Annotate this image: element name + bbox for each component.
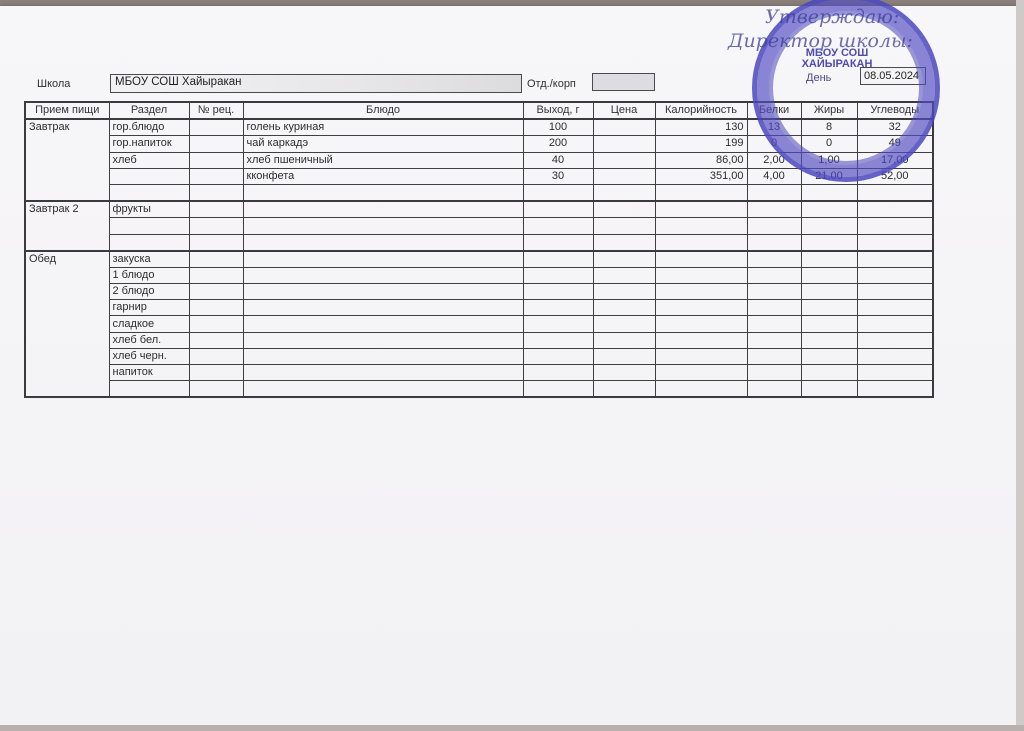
recipe-cell	[189, 136, 243, 152]
table-row	[25, 218, 933, 234]
recipe-cell	[189, 168, 243, 184]
dish-cell: хлеб пшеничный	[243, 152, 523, 168]
table-row: хлеб бел.	[25, 332, 933, 348]
price-cell	[593, 119, 655, 136]
carbs-cell	[857, 381, 933, 398]
calories-cell	[655, 218, 747, 234]
carbs-cell	[857, 218, 933, 234]
table-row: гарнир	[25, 300, 933, 316]
column-header: Прием пищи	[25, 102, 109, 119]
meal-cell: Завтрак	[25, 119, 109, 201]
dish-cell	[243, 184, 523, 201]
fat-cell	[801, 267, 857, 283]
section-cell: гарнир	[109, 300, 189, 316]
table-row: хлебхлеб пшеничный4086,002,001,0017,00	[25, 152, 933, 168]
price-cell	[593, 152, 655, 168]
yield-cell: 40	[523, 152, 593, 168]
recipe-cell	[189, 284, 243, 300]
department-field	[592, 73, 655, 91]
column-header: Углеводы	[857, 102, 933, 119]
table-row: гор.напитокчай каркадэ2001990049	[25, 136, 933, 152]
school-field: МБОУ СОШ Хайыракан	[110, 74, 522, 93]
carbs-cell	[857, 251, 933, 268]
section-cell	[109, 381, 189, 398]
yield-cell: 30	[523, 168, 593, 184]
protein-cell	[747, 184, 801, 201]
fat-cell	[801, 332, 857, 348]
recipe-cell	[189, 218, 243, 234]
recipe-cell	[189, 152, 243, 168]
table-row	[25, 381, 933, 398]
price-cell	[593, 136, 655, 152]
recipe-cell	[189, 184, 243, 201]
price-cell	[593, 365, 655, 381]
table-row: сладкое	[25, 316, 933, 332]
protein-cell	[747, 381, 801, 398]
protein-cell	[747, 332, 801, 348]
dish-cell	[243, 348, 523, 364]
yield-cell	[523, 267, 593, 283]
calories-cell	[655, 267, 747, 283]
yield-cell	[523, 234, 593, 251]
section-cell	[109, 168, 189, 184]
section-cell: гор.блюдо	[109, 119, 189, 136]
fat-cell: 21,00	[801, 168, 857, 184]
table-body: Завтракгор.блюдоголень куриная1001301383…	[25, 119, 933, 397]
dish-cell	[243, 201, 523, 218]
protein-cell	[747, 267, 801, 283]
calories-cell	[655, 381, 747, 398]
protein-cell	[747, 201, 801, 218]
protein-cell: 2,00	[747, 152, 801, 168]
price-cell	[593, 300, 655, 316]
yield-cell: 100	[523, 119, 593, 136]
dish-cell	[243, 332, 523, 348]
menu-table: Прием пищиРаздел№ рец.БлюдоВыход, гЦенаК…	[24, 101, 934, 398]
table-row	[25, 234, 933, 251]
carbs-cell	[857, 348, 933, 364]
fat-cell	[801, 251, 857, 268]
carbs-cell	[857, 234, 933, 251]
photo-background-bottom	[0, 725, 1024, 731]
column-header: № рец.	[189, 102, 243, 119]
section-cell: хлеб бел.	[109, 332, 189, 348]
carbs-cell	[857, 332, 933, 348]
section-cell: сладкое	[109, 316, 189, 332]
yield-cell	[523, 201, 593, 218]
carbs-cell: 17,00	[857, 152, 933, 168]
dish-cell: голень куриная	[243, 119, 523, 136]
yield-cell	[523, 251, 593, 268]
table-row: хлеб черн.	[25, 348, 933, 364]
protein-cell	[747, 251, 801, 268]
calories-cell	[655, 332, 747, 348]
price-cell	[593, 234, 655, 251]
section-cell: хлеб черн.	[109, 348, 189, 364]
carbs-cell	[857, 201, 933, 218]
calories-cell: 199	[655, 136, 747, 152]
dish-cell	[243, 251, 523, 268]
protein-cell	[747, 365, 801, 381]
calories-cell	[655, 201, 747, 218]
fat-cell	[801, 184, 857, 201]
recipe-cell	[189, 332, 243, 348]
dish-cell	[243, 365, 523, 381]
yield-cell	[523, 365, 593, 381]
table-row: Завтракгор.блюдоголень куриная1001301383…	[25, 119, 933, 136]
date-field: 08.05.2024	[860, 67, 926, 85]
fat-cell	[801, 284, 857, 300]
column-header: Раздел	[109, 102, 189, 119]
carbs-cell: 52,00	[857, 168, 933, 184]
calories-cell: 130	[655, 119, 747, 136]
yield-cell	[523, 300, 593, 316]
dish-cell	[243, 300, 523, 316]
yield-cell	[523, 381, 593, 398]
section-cell: 1 блюдо	[109, 267, 189, 283]
fat-cell	[801, 316, 857, 332]
price-cell	[593, 284, 655, 300]
calories-cell	[655, 348, 747, 364]
calories-cell	[655, 365, 747, 381]
protein-cell	[747, 348, 801, 364]
yield-cell: 200	[523, 136, 593, 152]
column-header: Калорийность	[655, 102, 747, 119]
carbs-cell	[857, 316, 933, 332]
price-cell	[593, 251, 655, 268]
price-cell	[593, 184, 655, 201]
yield-cell	[523, 332, 593, 348]
section-cell: хлеб	[109, 152, 189, 168]
carbs-cell	[857, 365, 933, 381]
protein-cell	[747, 218, 801, 234]
photo-background-right	[1016, 0, 1024, 731]
table-row: кконфета30351,004,0021,0052,00	[25, 168, 933, 184]
column-header: Цена	[593, 102, 655, 119]
dish-cell	[243, 316, 523, 332]
calories-cell: 86,00	[655, 152, 747, 168]
dish-cell	[243, 267, 523, 283]
fat-cell	[801, 218, 857, 234]
recipe-cell	[189, 234, 243, 251]
dish-cell	[243, 234, 523, 251]
section-cell	[109, 234, 189, 251]
calories-cell	[655, 284, 747, 300]
meal-cell: Обед	[25, 251, 109, 398]
price-cell	[593, 332, 655, 348]
section-cell: фрукты	[109, 201, 189, 218]
carbs-cell: 32	[857, 119, 933, 136]
recipe-cell	[189, 267, 243, 283]
fat-cell	[801, 234, 857, 251]
yield-cell	[523, 284, 593, 300]
yield-cell	[523, 184, 593, 201]
dish-cell	[243, 218, 523, 234]
carbs-cell	[857, 267, 933, 283]
recipe-cell	[189, 300, 243, 316]
fat-cell	[801, 300, 857, 316]
carbs-cell	[857, 284, 933, 300]
meal-cell: Завтрак 2	[25, 201, 109, 251]
calories-cell: 351,00	[655, 168, 747, 184]
fat-cell	[801, 365, 857, 381]
price-cell	[593, 381, 655, 398]
column-header: Блюдо	[243, 102, 523, 119]
price-cell	[593, 316, 655, 332]
fat-cell: 8	[801, 119, 857, 136]
fat-cell: 0	[801, 136, 857, 152]
column-header: Белки	[747, 102, 801, 119]
fat-cell	[801, 201, 857, 218]
section-cell: гор.напиток	[109, 136, 189, 152]
protein-cell	[747, 234, 801, 251]
carbs-cell	[857, 184, 933, 201]
calories-cell	[655, 251, 747, 268]
price-cell	[593, 348, 655, 364]
price-cell	[593, 267, 655, 283]
recipe-cell	[189, 316, 243, 332]
column-header: Жиры	[801, 102, 857, 119]
department-label: Отд./корп	[527, 78, 576, 90]
recipe-cell	[189, 201, 243, 218]
day-label: День	[806, 72, 831, 84]
recipe-cell	[189, 251, 243, 268]
recipe-cell	[189, 348, 243, 364]
dish-cell	[243, 381, 523, 398]
table-row: 1 блюдо	[25, 267, 933, 283]
yield-cell	[523, 218, 593, 234]
section-cell: 2 блюдо	[109, 284, 189, 300]
table-header-row: Прием пищиРаздел№ рец.БлюдоВыход, гЦенаК…	[25, 102, 933, 119]
section-cell: закуска	[109, 251, 189, 268]
price-cell	[593, 218, 655, 234]
carbs-cell	[857, 300, 933, 316]
dish-cell: кконфета	[243, 168, 523, 184]
yield-cell	[523, 316, 593, 332]
recipe-cell	[189, 119, 243, 136]
section-cell: напиток	[109, 365, 189, 381]
section-cell	[109, 184, 189, 201]
protein-cell	[747, 316, 801, 332]
recipe-cell	[189, 365, 243, 381]
table-row: напиток	[25, 365, 933, 381]
table-row: 2 блюдо	[25, 284, 933, 300]
dish-cell	[243, 284, 523, 300]
calories-cell	[655, 300, 747, 316]
carbs-cell: 49	[857, 136, 933, 152]
recipe-cell	[189, 381, 243, 398]
school-label: Школа	[37, 78, 70, 90]
fat-cell	[801, 348, 857, 364]
calories-cell	[655, 316, 747, 332]
table-row: Обедзакуска	[25, 251, 933, 268]
price-cell	[593, 201, 655, 218]
yield-cell	[523, 348, 593, 364]
dish-cell: чай каркадэ	[243, 136, 523, 152]
fat-cell	[801, 381, 857, 398]
column-header: Выход, г	[523, 102, 593, 119]
protein-cell	[747, 300, 801, 316]
protein-cell: 0	[747, 136, 801, 152]
fat-cell: 1,00	[801, 152, 857, 168]
price-cell	[593, 168, 655, 184]
calories-cell	[655, 234, 747, 251]
section-cell	[109, 218, 189, 234]
protein-cell: 4,00	[747, 168, 801, 184]
table-row: Завтрак 2фрукты	[25, 201, 933, 218]
calories-cell	[655, 184, 747, 201]
protein-cell: 13	[747, 119, 801, 136]
table-row	[25, 184, 933, 201]
protein-cell	[747, 284, 801, 300]
